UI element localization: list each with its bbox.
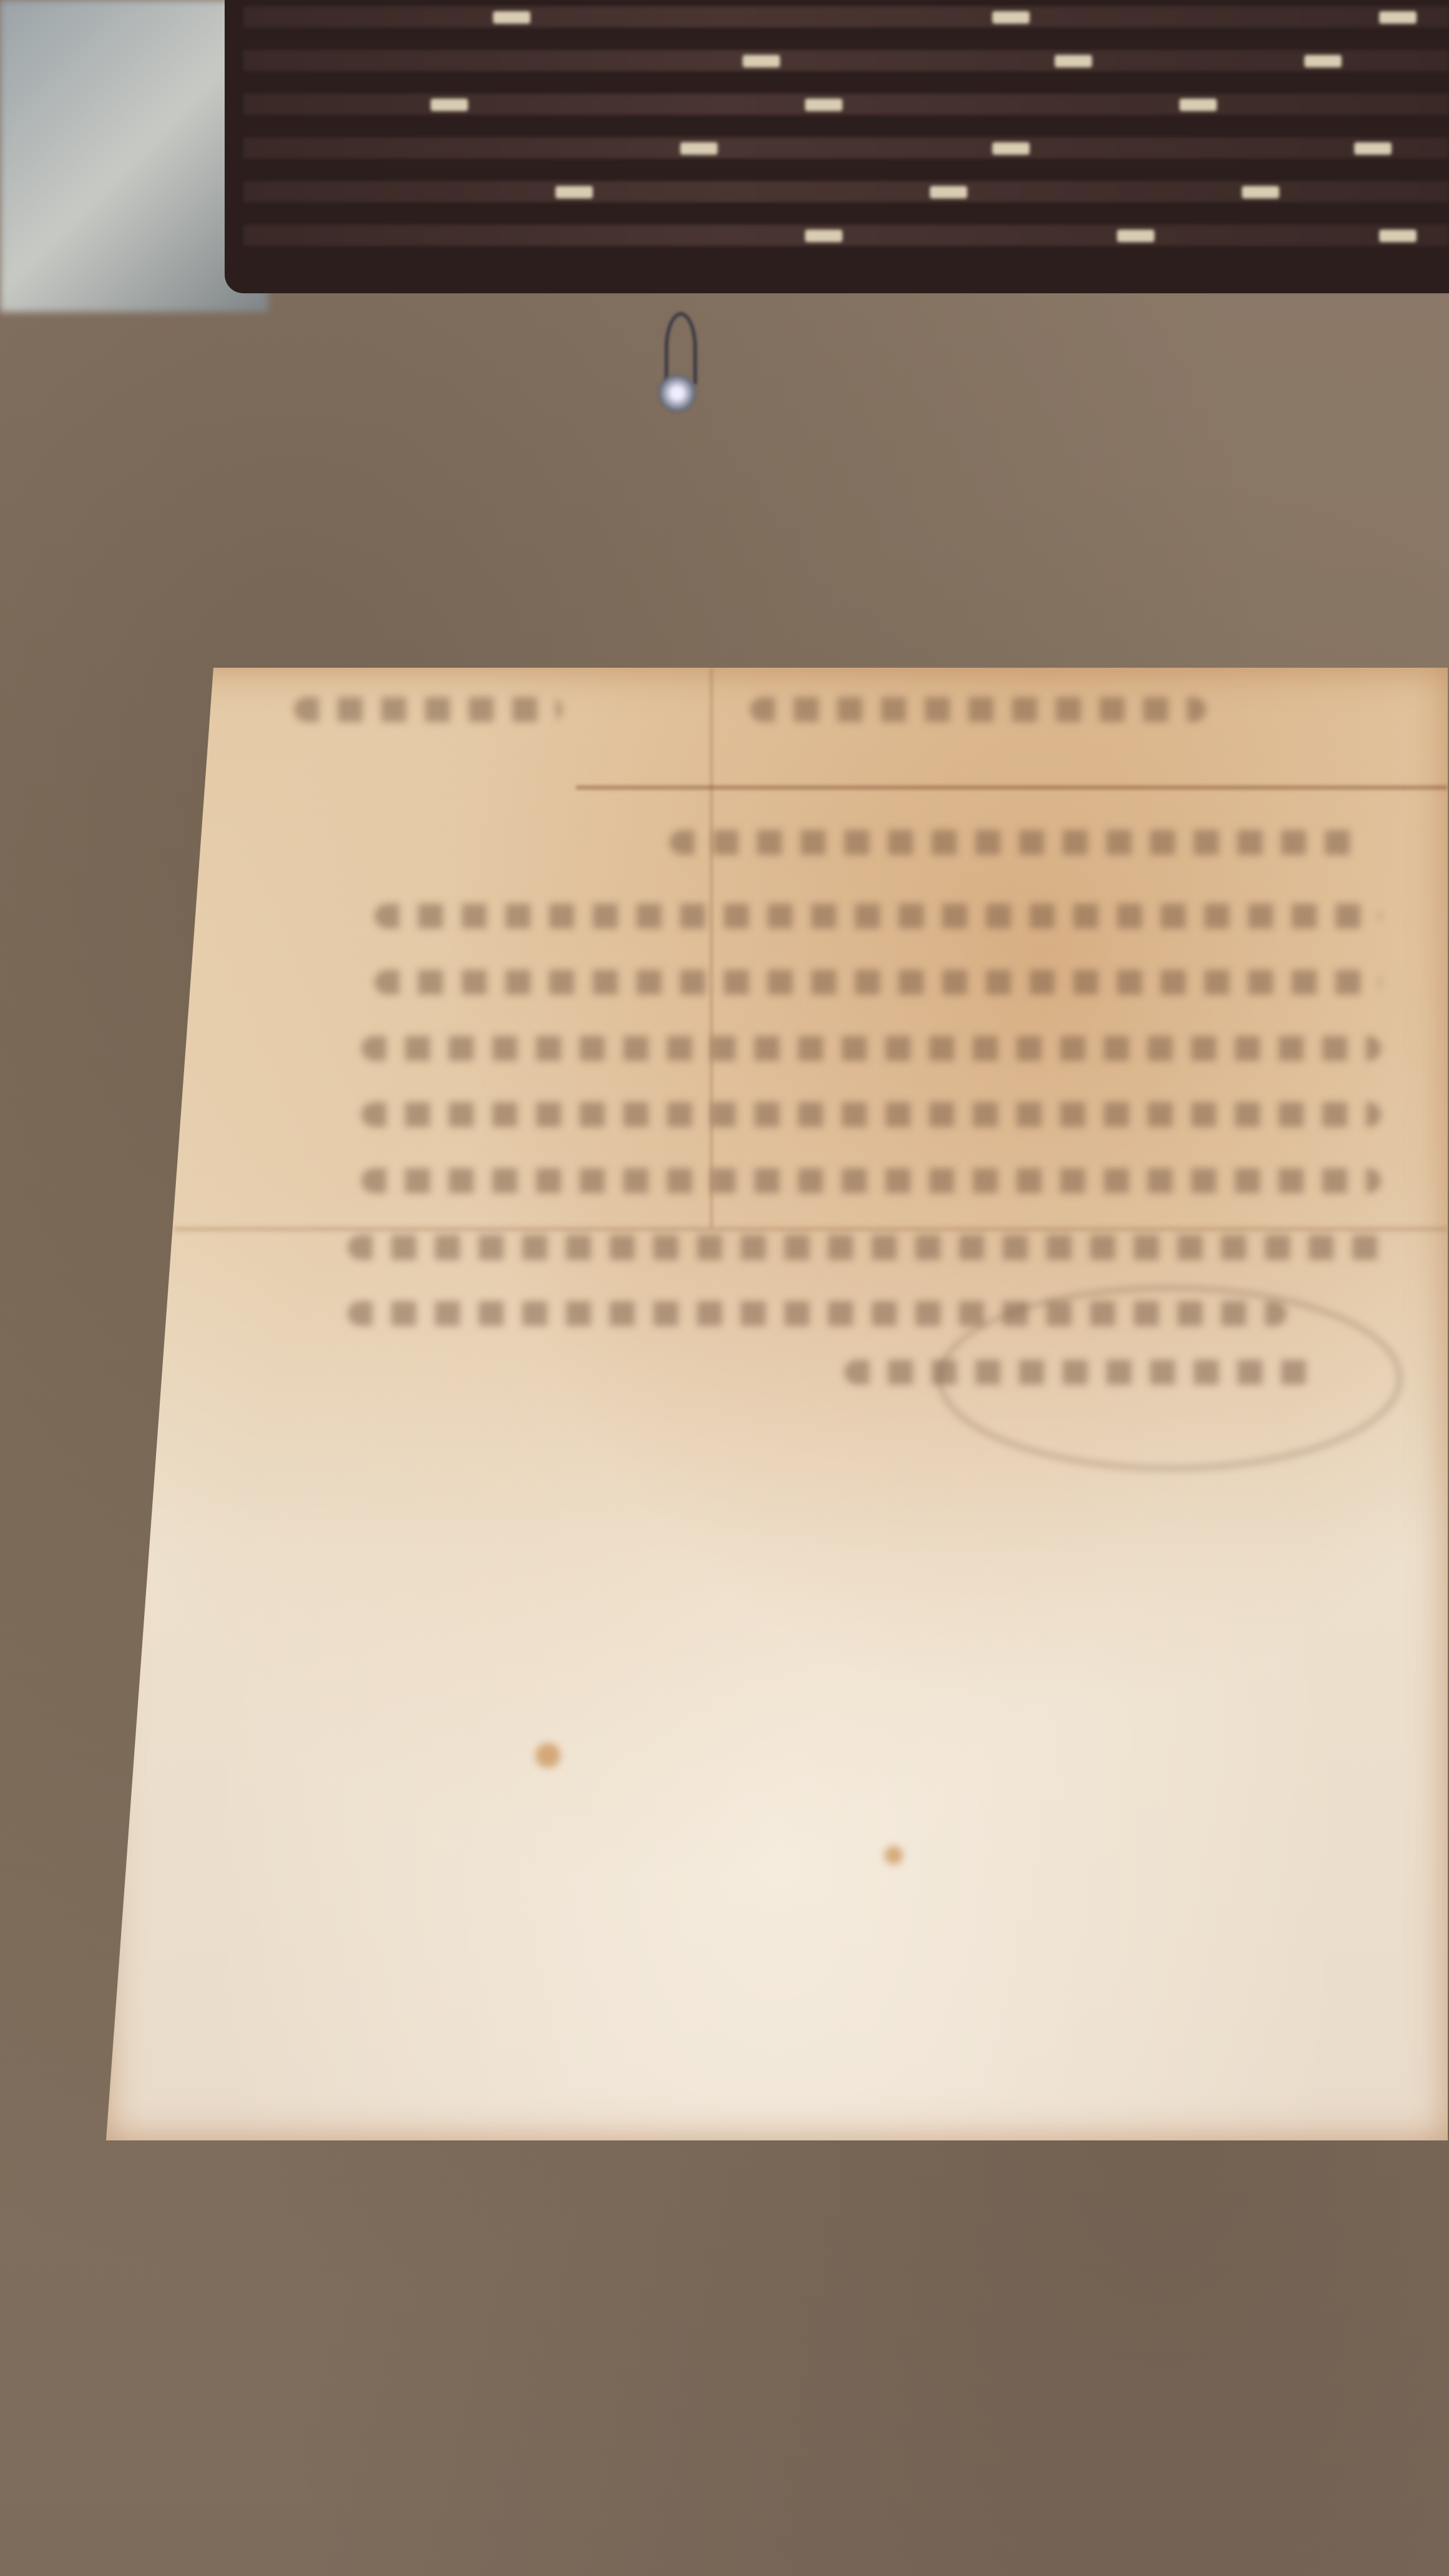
fold-crease — [173, 1227, 1448, 1231]
fold-crease — [710, 668, 713, 1227]
stain — [884, 1846, 903, 1865]
dateline-right — [750, 697, 1206, 722]
signature — [938, 1286, 1402, 1470]
dateline: [illegible] — [294, 697, 562, 722]
body-line: [illegible handwriting] — [361, 1102, 1381, 1127]
body-line: [illegible handwriting] — [348, 1235, 1394, 1260]
hanging-hook — [658, 312, 696, 437]
body-line: [illegible handwriting] — [670, 830, 1367, 855]
legibility-note: Handwriting is not legible due to motion… — [106, 2099, 1448, 2128]
handwritten-letter: [illegible] [illegible handwriting] [ill… — [106, 668, 1448, 2140]
dark-rack — [225, 0, 1449, 293]
fold-crease — [576, 786, 1448, 789]
body-line: [illegible handwriting] — [374, 904, 1381, 929]
body-line: [illegible handwriting] — [361, 1036, 1381, 1061]
body-line: [illegible handwriting] — [374, 970, 1381, 995]
body-line: [illegible handwriting] — [361, 1168, 1381, 1193]
stain — [535, 1743, 560, 1768]
